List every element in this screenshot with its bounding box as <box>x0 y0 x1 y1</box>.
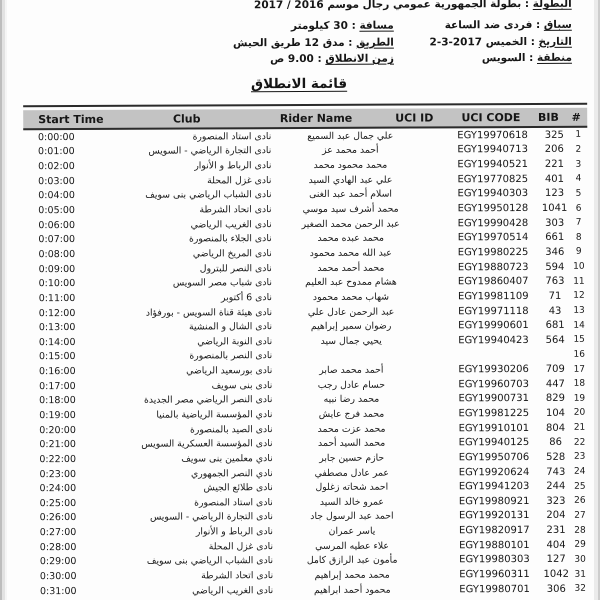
bib-cell: 661 <box>540 232 570 243</box>
row-number-cell: 12 <box>570 291 588 301</box>
uci-code-cell: EGY19960703 <box>456 379 540 390</box>
uci-code-cell: EGY19980921 <box>457 496 541 507</box>
rider-name-cell: اسلام أحمد عبد الغنى <box>272 189 430 201</box>
rider-name-cell: محمد عزت محمد <box>273 423 431 435</box>
uci-code-cell: EGY19941203 <box>457 481 541 492</box>
rider-name-cell: محمد أحمد محمد <box>272 262 430 274</box>
championship-line: البطولة : بطولة الجمهورية عمومي رجال موس… <box>0 0 572 12</box>
rider-name-cell: محمود أحمد ابراهيم <box>273 584 431 596</box>
row-number-cell: 26 <box>571 496 589 506</box>
bib-cell: 404 <box>541 540 571 551</box>
bib-cell: 204 <box>541 510 571 521</box>
row-number-cell: 10 <box>570 262 588 272</box>
start-time-cell: 0:05:00 <box>24 205 90 216</box>
row-number-cell: 27 <box>571 511 589 521</box>
start-time-cell: 0:03:00 <box>23 176 89 187</box>
row-number-cell: 18 <box>570 379 588 389</box>
uci-code-cell: EGY19980303 <box>457 554 541 565</box>
row-number-cell: 8 <box>570 233 588 243</box>
start-time-cell: 0:31:00 <box>25 586 91 597</box>
rider-name-cell: محمد محمود محمد <box>271 160 429 172</box>
club-cell: نادى الغريب الرياضي <box>90 219 272 231</box>
start-time-cell: 0:10:00 <box>24 278 90 289</box>
club-cell: نادى الغريب الرياضي <box>91 585 273 597</box>
start-time-cell: 0:11:00 <box>24 293 90 304</box>
row-number-cell: 15 <box>570 335 588 345</box>
club-cell: نادى بنى سويف <box>90 380 272 392</box>
rider-name-cell: علي جمال عبد السميع <box>271 130 429 142</box>
bib-cell: 306 <box>541 583 571 594</box>
route-label: الطريق <box>356 36 394 48</box>
row-number-cell: 1 <box>569 130 587 140</box>
bib-cell: 743 <box>541 466 571 477</box>
club-cell: نادى استاد المنصورة <box>89 131 271 143</box>
rider-name-cell: علي عبد الهادي السيد <box>271 174 429 186</box>
row-number-cell: 30 <box>571 555 589 565</box>
club-cell: نادى الشباب الرياضي بنى سويف <box>90 189 272 201</box>
uci-code-cell: EGY19990601 <box>456 320 540 331</box>
start-time-cell: 0:15:00 <box>24 351 90 362</box>
start-time-cell: 0:08:00 <box>24 249 90 260</box>
start-time-cell: 0:22:00 <box>25 454 91 465</box>
start-time-cell: 0:04:00 <box>24 190 90 201</box>
rider-name-cell: احمد عبد الرسول جاد <box>273 511 431 523</box>
championship-value: : بطولة الجمهورية عمومي رجال موسم 2016 /… <box>254 0 529 11</box>
start-time-cell: 0:21:00 <box>25 439 91 450</box>
rider-name-cell: رضوان سمير إبراهيم <box>272 321 430 333</box>
start-time-cell: 0:23:00 <box>25 468 91 479</box>
club-cell: نادى النصر للبترول <box>90 263 272 275</box>
rider-name-cell: محمد فرج عايش <box>272 408 430 420</box>
club-cell: نادي معلمين بنى سويف <box>91 453 273 465</box>
row-number-cell: 9 <box>570 247 588 257</box>
bib-cell: 346 <box>540 247 570 258</box>
bib-cell: 71 <box>540 291 570 302</box>
start-time-cell: 0:01:00 <box>23 146 89 157</box>
bib-cell: 231 <box>541 525 571 536</box>
column-header-number: # <box>565 110 587 123</box>
row-number-cell: 31 <box>571 569 589 579</box>
uci-code-cell: EGY19940125 <box>457 437 541 448</box>
row-number-cell: 7 <box>570 218 588 228</box>
start-time-line: زمن الانطلاق : 9.00 ص <box>176 51 394 68</box>
start-time-cell: 0:12:00 <box>24 307 90 318</box>
rider-name-cell: يحيي جمال سيد <box>272 335 430 347</box>
start-time-cell: 0:16:00 <box>24 366 90 377</box>
date-label: التاريخ <box>539 35 572 47</box>
bib-cell: 323 <box>541 496 571 507</box>
club-cell: نادى النوبة الرياضي <box>90 336 272 348</box>
bib-cell: 681 <box>540 320 570 331</box>
start-time-cell: 0:07:00 <box>24 234 90 245</box>
column-header-uci-code: UCI CODE <box>450 110 531 123</box>
row-number-cell: 13 <box>570 306 588 316</box>
uci-code-cell: EGY19981109 <box>456 291 540 302</box>
rider-name-cell: حازم حسين جابر <box>273 452 431 464</box>
bib-cell: 221 <box>539 159 569 170</box>
uci-code-cell: EGY19990428 <box>456 218 540 229</box>
bib-cell: 528 <box>541 452 571 463</box>
uci-code-cell: EGY19910101 <box>457 423 541 434</box>
date-line: التاريخ : الخميس 2017-3-2 <box>394 33 572 50</box>
uci-code-cell: EGY19820917 <box>457 525 541 536</box>
start-time-cell: 0:30:00 <box>25 571 91 582</box>
start-time-cell: 0:20:00 <box>25 425 91 436</box>
rider-name-cell: مأمون عبد الرازق كامل <box>273 555 431 567</box>
bib-cell: 594 <box>540 261 570 272</box>
club-cell: نادى بورسعيد الرياضي <box>90 365 272 377</box>
rider-name-cell: حسام عادل رجب <box>272 379 430 391</box>
uci-code-cell: EGY19970618 <box>455 130 539 141</box>
club-cell: نادى اتحاد الشرطة <box>91 570 273 582</box>
row-number-cell: 16 <box>570 350 588 360</box>
bib-cell: 86 <box>541 437 571 448</box>
rider-name-cell <box>272 355 430 356</box>
row-number-cell: 5 <box>570 189 588 199</box>
row-number-cell: 19 <box>570 394 588 404</box>
start-time-cell: 0:19:00 <box>24 410 90 421</box>
row-number-cell: 17 <box>570 364 588 374</box>
bib-cell: 447 <box>540 379 570 390</box>
date-value: : الخميس 2017-3-2 <box>429 35 534 47</box>
start-time-cell: 0:28:00 <box>25 542 91 553</box>
club-cell: نادى الشباب الرياضي بنى سويف <box>91 556 273 568</box>
bib-cell: 804 <box>541 422 571 433</box>
rider-name-cell: محمد أشرف سيد موسي <box>272 203 430 215</box>
race-info-grid: سباق : فردى ضد الساعة التاريخ : الخميس 2… <box>0 17 572 69</box>
club-cell: نادى المؤسسة العسكرية السويس <box>91 438 273 450</box>
rider-name-cell: عمر عادل مصطفي <box>273 467 431 479</box>
row-number-cell: 32 <box>571 584 589 594</box>
start-list-title: قائمة الانطلاق <box>0 75 599 94</box>
column-header-club: Club <box>120 112 254 126</box>
race-label: سباق <box>544 19 572 31</box>
rider-name-cell: شهاب محمد محمود <box>272 291 430 303</box>
document-page: البطولة : بطولة الجمهورية عمومي رجال موس… <box>0 0 600 600</box>
row-number-cell: 23 <box>571 452 589 462</box>
scan-right-edge <box>594 0 600 600</box>
start-time-cell: 0:14:00 <box>24 337 90 348</box>
bib-cell: 1042 <box>541 569 571 580</box>
scanned-page: البطولة : بطولة الجمهورية عمومي رجال موس… <box>0 0 600 600</box>
club-cell: نادى هيئة قناة السويس - بورفؤاد <box>90 307 272 319</box>
start-time-cell: 0:02:00 <box>23 161 89 172</box>
uci-code-cell: EGY19880101 <box>457 540 541 551</box>
bib-cell: 303 <box>540 217 570 228</box>
start-time-cell: 0:00:00 <box>23 132 89 143</box>
row-number-cell: 4 <box>569 174 587 184</box>
start-time-value: : 9.00 ص <box>270 53 322 65</box>
table-row: 0:31:00نادى الغريب الرياضيمحمود أحمد ابر… <box>25 582 589 599</box>
column-header-bib: BIB <box>532 110 566 123</box>
club-cell: نادى التجارة الرياضي - السويس <box>91 512 273 524</box>
club-cell: نادى النصر الرياضي مصر الجديدة <box>90 394 272 406</box>
start-time-cell: 0:27:00 <box>25 527 91 538</box>
row-number-cell: 20 <box>570 408 588 418</box>
bib-cell: 829 <box>540 393 570 404</box>
uci-code-cell: EGY19980225 <box>456 247 540 258</box>
club-cell: نادى الجلاء بالمنصورة <box>90 233 272 245</box>
club-cell: نادى المريخ الرياضي <box>90 248 272 260</box>
column-header-start-time: Start Time <box>23 112 119 125</box>
uci-code-cell: EGY19920624 <box>457 466 541 477</box>
bib-cell: 564 <box>540 335 570 346</box>
rider-name-cell: هشام ممدوح عبد العليم <box>272 277 430 289</box>
start-time-cell: 0:25:00 <box>25 498 91 509</box>
column-header-rider-name: Rider Name <box>254 111 379 125</box>
uci-code-cell: EGY19971118 <box>456 305 540 316</box>
bib-cell: 104 <box>540 408 570 419</box>
uci-code-cell: EGY19970514 <box>456 232 540 243</box>
start-list-table: Start Time Club Rider Name UCI ID UCI CO… <box>23 103 589 599</box>
rider-name-cell: أحمد محمد صابر <box>272 364 430 376</box>
row-number-cell: 11 <box>570 276 588 286</box>
uci-code-cell: EGY19930206 <box>456 364 540 375</box>
club-cell: نادى اتحاد الشرطة <box>90 204 272 216</box>
uci-code-cell: EGY19940713 <box>455 144 539 155</box>
region-line: منطقة : السويس <box>394 50 572 67</box>
start-time-label: زمن الانطلاق <box>325 53 394 65</box>
uci-code-cell: EGY19981225 <box>456 408 540 419</box>
uci-code-cell: EGY19950706 <box>457 452 541 463</box>
club-cell: نادى الشال و المنشية <box>90 321 272 333</box>
club-cell: نادى الرباط و الأنوار <box>89 160 271 172</box>
bib-cell: 127 <box>541 554 571 565</box>
bib-cell: 206 <box>539 144 569 155</box>
uci-code-cell: EGY19770825 <box>455 174 539 185</box>
start-time-cell: 0:13:00 <box>24 322 90 333</box>
uci-code-cell: EGY19950128 <box>456 203 540 214</box>
uci-code-cell: EGY19920131 <box>457 510 541 521</box>
uci-code-cell: EGY19940521 <box>455 159 539 170</box>
bib-cell: 325 <box>539 130 569 141</box>
rider-name-cell: علاء عطيه المرسي <box>273 540 431 552</box>
scan-left-edge <box>0 0 7 600</box>
start-time-cell: 0:09:00 <box>24 263 90 274</box>
bib-cell: 401 <box>539 174 569 185</box>
club-cell: نادى الرباط و الأنوار <box>91 526 273 538</box>
bib-cell: 1041 <box>540 203 570 214</box>
bib-cell: 709 <box>540 364 570 375</box>
uci-code-cell: EGY19960311 <box>457 569 541 580</box>
club-cell: نادى غزل المحلة <box>89 175 271 187</box>
region-label: منطقة <box>537 52 572 64</box>
club-cell: نادى طلائع الجيش <box>91 482 273 494</box>
start-time-cell: 0:06:00 <box>24 220 90 231</box>
bib-cell: 123 <box>540 188 570 199</box>
document-header: البطولة : بطولة الجمهورية عمومي رجال موس… <box>0 0 599 69</box>
row-number-cell: 25 <box>571 481 589 491</box>
rider-name-cell: محمد رضا نبيه <box>272 394 430 406</box>
route-line: الطريق : مدق 12 طريق الحيش <box>176 34 394 51</box>
club-cell: نادى التجارة الرياضي - السويس <box>89 146 271 158</box>
column-header-uci-id: UCI ID <box>378 111 450 124</box>
uci-code-cell: EGY19940423 <box>456 335 540 346</box>
club-cell: نادى النصر بالمنصورة <box>90 351 272 363</box>
race-info-left-column: مسافة : 30 كيلومتر الطريق : مدق 12 طريق … <box>176 18 394 68</box>
rider-name-cell: أحمد محمد عز <box>271 145 429 157</box>
rider-name-cell: عبد الرحمن محمد الصغير <box>272 218 430 230</box>
bib-cell: 244 <box>541 481 571 492</box>
row-number-cell: 3 <box>569 159 587 169</box>
row-number-cell: 14 <box>570 320 588 330</box>
bib-cell: 43 <box>540 305 570 316</box>
start-time-cell: 0:17:00 <box>24 381 90 392</box>
rider-name-cell: عبد الله محمد محمود <box>272 247 430 259</box>
row-number-cell: 6 <box>570 203 588 213</box>
club-cell: نادى غزل المحلة <box>91 541 273 553</box>
row-number-cell: 21 <box>571 423 589 433</box>
start-time-cell: 0:26:00 <box>25 512 91 523</box>
club-cell: نادى شباب مصر السويس <box>90 277 272 289</box>
table-top-rule <box>23 103 587 107</box>
row-number-cell: 2 <box>569 145 587 155</box>
uci-code-cell: EGY19980701 <box>457 584 541 595</box>
rider-name-cell: محمد السيد أحمد <box>273 438 431 450</box>
uci-code-cell: EGY19860407 <box>456 276 540 287</box>
distance-value: : 30 كيلومتر <box>291 20 356 32</box>
rider-name-cell: عمرو خالد السيد <box>273 496 431 508</box>
rider-name-cell: محمد محمد إبراهيم <box>273 569 431 581</box>
start-time-cell: 0:24:00 <box>25 483 91 494</box>
race-info-right-column: سباق : فردى ضد الساعة التاريخ : الخميس 2… <box>394 17 572 67</box>
distance-label: مسافة <box>359 20 393 32</box>
start-time-cell: 0:29:00 <box>25 556 91 567</box>
row-number-cell: 28 <box>571 525 589 535</box>
club-cell: نادى الصيد بالمنصورة <box>91 424 273 436</box>
race-value: : فردى ضد الساعة <box>445 19 541 31</box>
row-number-cell: 22 <box>571 438 589 448</box>
start-list-body: 0:00:00نادى استاد المنصورةعلي جمال عبد ا… <box>23 128 589 599</box>
rider-name-cell: احمد شحاته زغلول <box>273 482 431 494</box>
table-header-row: Start Time Club Rider Name UCI ID UCI CO… <box>23 108 587 130</box>
club-cell: نادى استاد المنصورة <box>91 497 273 509</box>
row-number-cell: 29 <box>571 540 589 550</box>
rider-name-cell: محمد عبده محمد <box>272 233 430 245</box>
club-cell: نادي المؤسسة الرياضية بالمنيا <box>90 409 272 421</box>
route-value: : مدق 12 طريق الحيش <box>233 36 353 49</box>
club-cell: نادى 6 أكتوبر <box>90 292 272 304</box>
championship-label: البطولة <box>533 0 572 10</box>
uci-code-cell: EGY19940303 <box>456 188 540 199</box>
rider-name-cell: ياسر عمران <box>273 526 431 538</box>
rider-name-cell: عبد الرحمن عادل علي <box>272 306 430 318</box>
region-value: : السويس <box>482 52 534 64</box>
distance-line: مسافة : 30 كيلومتر <box>176 18 394 35</box>
uci-code-cell: EGY19900731 <box>456 393 540 404</box>
start-time-cell: 0:18:00 <box>24 395 90 406</box>
row-number-cell: 24 <box>571 467 589 477</box>
club-cell: نادي النصر الجمهوري <box>91 468 273 480</box>
race-line: سباق : فردى ضد الساعة <box>394 17 572 34</box>
uci-code-cell: EGY19880723 <box>456 262 540 273</box>
bib-cell: 763 <box>540 276 570 287</box>
